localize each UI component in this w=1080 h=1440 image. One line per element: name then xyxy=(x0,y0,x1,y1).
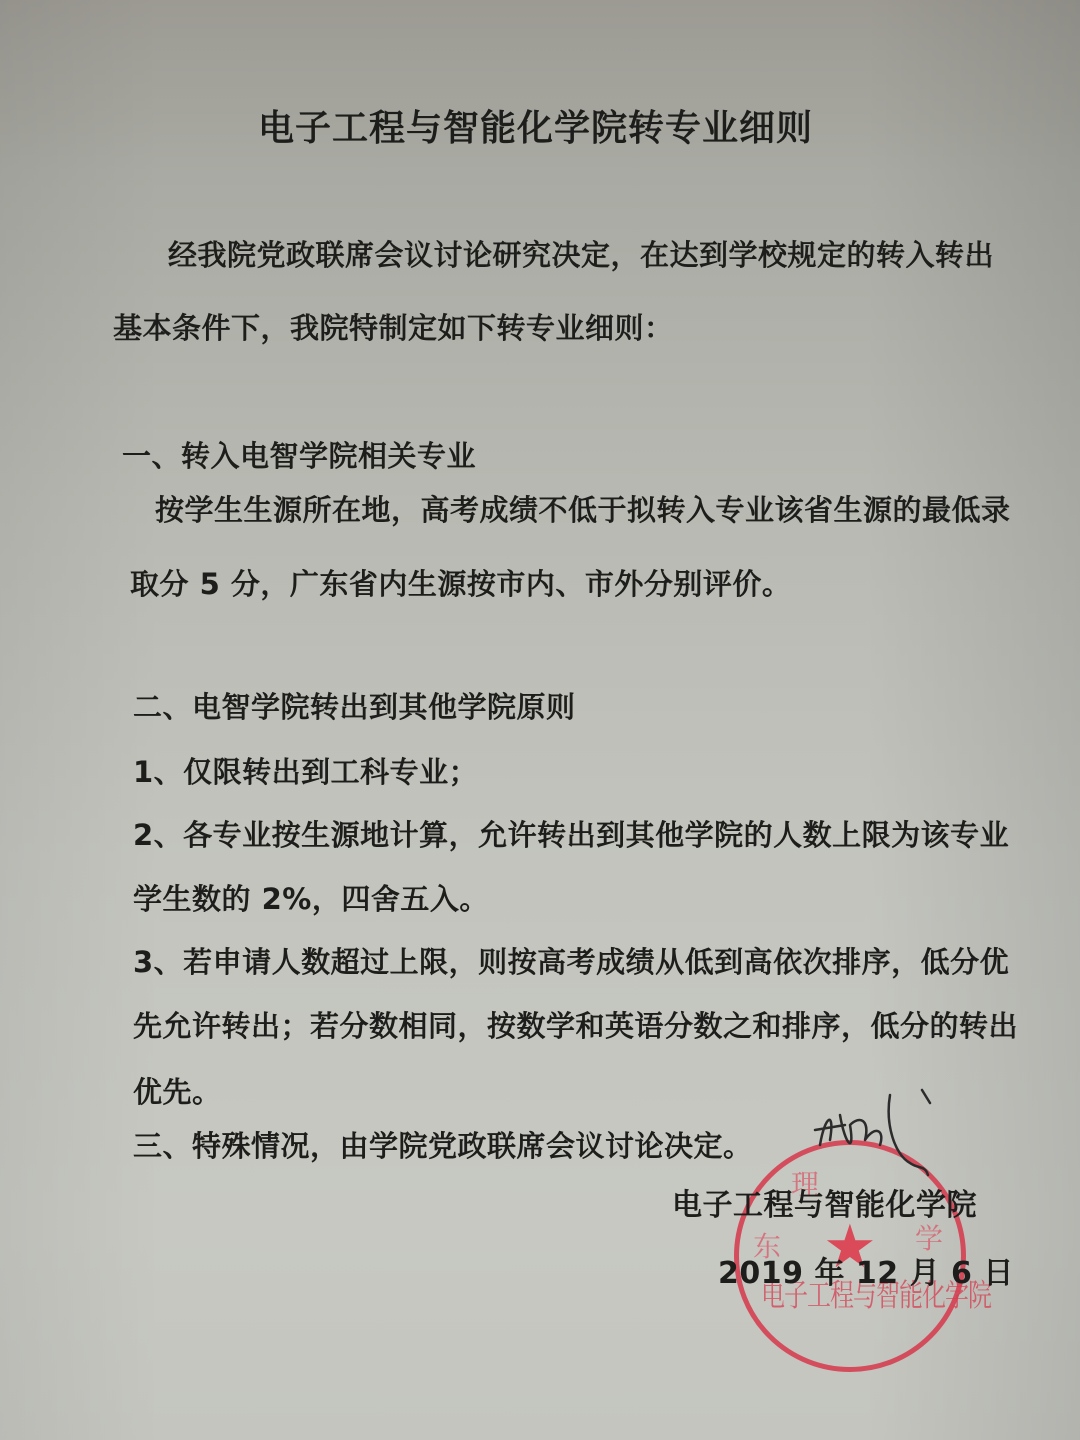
section-1-heading: 一、转入电智学院相关专业 xyxy=(122,434,476,475)
section-2-item-1: 1、仅限转出到工科专业； xyxy=(133,750,478,791)
section-2-item-3-line-1: 3、若申请人数超过上限，则按高考成绩从低到高依次排序，低分优 xyxy=(133,940,1009,981)
document-title: 电子工程与智能化学院转专业细则 xyxy=(258,100,813,151)
signature-scribble-icon xyxy=(800,1085,960,1185)
section-3-heading: 三、特殊情况，由学院党政联席会议讨论决定。 xyxy=(133,1124,753,1165)
section-2-heading: 二、电智学院转出到其他学院原则 xyxy=(133,685,576,726)
handwritten-signature xyxy=(800,1085,960,1185)
section-2-item-2-line-1: 2、各专业按生源地计算，允许转出到其他学院的人数上限为该专业 xyxy=(133,813,1009,854)
signature-organization: 电子工程与智能化学院 xyxy=(672,1180,977,1224)
section-1-line-2: 取分 5 分，广东省内生源按市内、市外分别评价。 xyxy=(130,562,791,603)
section-2-item-2-line-2: 学生数的 2%，四舍五入。 xyxy=(133,877,489,918)
intro-line-2: 基本条件下，我院特制定如下转专业细则： xyxy=(113,306,674,347)
intro-line-1: 经我院党政联席会议讨论研究决定，在达到学校规定的转入转出 xyxy=(168,233,994,274)
section-2-item-3-line-2: 先允许转出；若分数相同，按数学和英语分数之和排序，低分的转出 xyxy=(133,1004,1018,1045)
section-1-line-1: 按学生生源所在地，高考成绩不低于拟转入专业该省生源的最低录 xyxy=(155,488,1011,529)
signature-date: 2019 年 12 月 6 日 xyxy=(718,1248,1014,1292)
section-2-item-3-line-3: 优先。 xyxy=(133,1070,222,1111)
